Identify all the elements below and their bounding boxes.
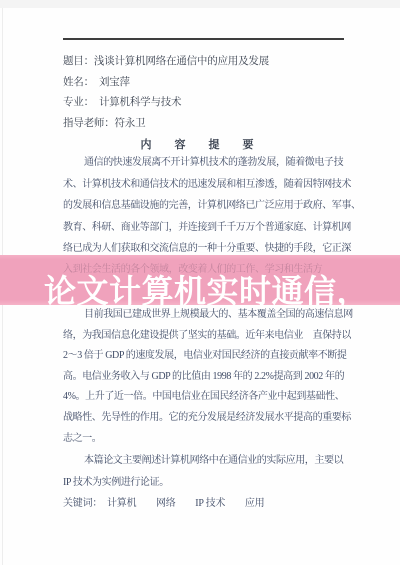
paragraph-line: 高。电信业务收入与 GDP 的比值由 1998 年的 2.2%提高到 2002 … [0, 367, 400, 388]
document-page: 题目：浅谈计算机网络在通信中的应用及发展 姓名： 刘宝萍 专业： 计算机科学与技… [0, 0, 400, 565]
major-line: 专业： 计算机科学与技术 [63, 96, 181, 110]
paragraph-line: 络，为我国信息化建设提供了坚实的基础。近年来电信业 直保持以 [0, 326, 400, 347]
paragraph-line: 4%。上升了近一倍。中国电信业在国民经济各产业中起到基础性、 [0, 387, 400, 408]
header-rule [63, 38, 344, 40]
paragraph-line: 教育、科研、商业等部门，并连接到千千万万个普通家庭、计算机网 [0, 217, 400, 239]
abstract-paragraph-2: 目前我国已建成世界上规模最大的、基本覆盖全国的高速信息网 络，为我国信息化建设提… [0, 305, 400, 449]
abstract-paragraph-3: 本篇论文主要阐述计算机网络中在通信业的实际应用，主要以 IP 技术为实例进行论证… [0, 450, 400, 493]
paragraph-line: 的发展和信息基础设施的完善，计算机网络已广泛应用于政府、军事、 [0, 195, 400, 217]
paragraph-line: IP 技术为实例进行论证。 [0, 472, 400, 494]
top-edge-strip [0, 0, 400, 8]
watermark-text: 论文计算机实时通信， [44, 266, 369, 312]
paragraph-line: 术、计算机技术和通信技术的迅速发展和相互渗透，随着因特网技术 [0, 174, 400, 196]
paragraph-line: 战略性、先导性的作用。它的充分发展是经济发展水平提高的重要标 [0, 408, 400, 429]
keywords-line: 关键词： 计算机 网络 IP 技术 应用 [63, 497, 264, 511]
paragraph-line: 本篇论文主要阐述计算机网络中在通信业的实际应用，主要以 [0, 450, 400, 472]
advisor-line: 指导老师：符永卫 [63, 117, 145, 131]
paragraph-line: 通信的快速发展离不开计算机技术的蓬勃发展，随着微电子技 [0, 152, 400, 174]
author-name-line: 姓名： 刘宝萍 [63, 76, 130, 90]
thesis-title-line: 题目：浅谈计算机网络在通信中的应用及发展 [63, 55, 269, 69]
abstract-paragraph-1: 通信的快速发展离不开计算机技术的蓬勃发展，随着微电子技 术、计算机技术和通信技术… [0, 152, 400, 260]
abstract-heading: 内 容 提 要 [0, 136, 400, 152]
paragraph-line: 志之一。 [0, 429, 400, 450]
paragraph-line: 2～3 倍于 GDP 的速度发展，电信业对国民经济的直接贡献率不断提 [0, 346, 400, 367]
watermark-banner: 入到社会生活的各个领域，改变着人们的工作、学习和生活方 论文计算机实时通信， [0, 255, 400, 305]
